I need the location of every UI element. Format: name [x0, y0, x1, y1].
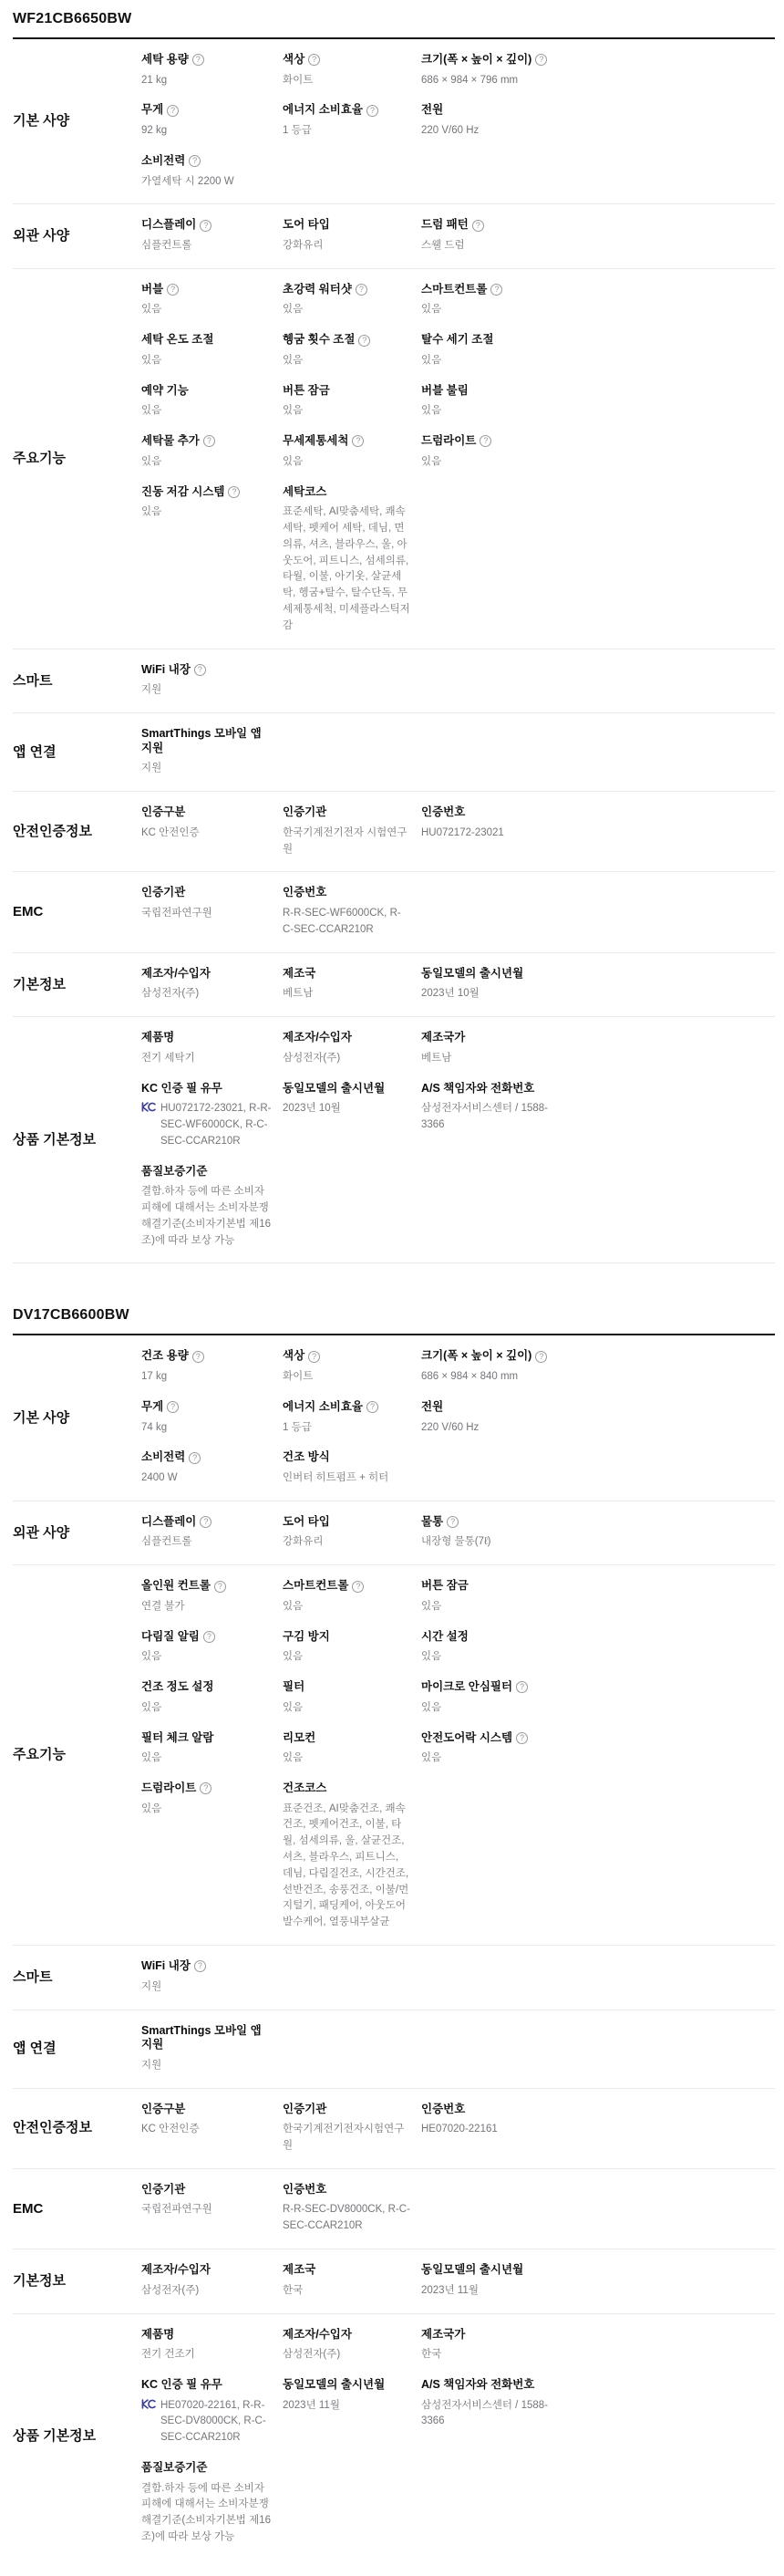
info-tooltip-icon[interactable]: ? — [472, 220, 484, 232]
spec-item-label: 필터 — [283, 1680, 410, 1695]
spec-item-label: 인증기관 — [141, 886, 272, 900]
spec-item-value: 심플컨트롤 — [141, 238, 272, 254]
info-tooltip-icon[interactable]: ? — [194, 1960, 206, 1972]
spec-item: 구김 방지있음 — [283, 1630, 421, 1666]
section-name: 스마트 — [13, 672, 141, 691]
spec-item-label: 예약 기능 — [141, 384, 272, 399]
spec-item: KC 인증 필 유무HU072172-23021, R-R-SEC-WF6000… — [141, 1082, 283, 1150]
spec-item-value: 있음 — [421, 1750, 563, 1767]
spec-label-text: 동일모델의 출시년월 — [421, 967, 523, 982]
spec-item-label: 시간 설정 — [421, 1630, 563, 1645]
spec-label-text: 동일모델의 출시년월 — [283, 1082, 385, 1096]
spec-item-label: A/S 책임자와 전화번호 — [421, 2378, 563, 2393]
kc-certification-icon — [141, 1102, 156, 1112]
spec-label-text: 에너지 소비효율 — [283, 1400, 363, 1415]
spec-item-value: 삼성전자(주) — [141, 986, 272, 1002]
spec-label-text: 무세제통세척 — [283, 434, 348, 449]
spec-item-value: KC 안전인증 — [141, 826, 272, 842]
spec-item-label: 건조 방식 — [283, 1450, 410, 1465]
spec-item-label: 크기(폭 × 높이 × 깊이)? — [421, 53, 563, 68]
spec-item-value: 삼성전자(주) — [141, 2283, 272, 2300]
spec-item-value: 스웰 드럼 — [421, 238, 563, 254]
spec-label-text: 색상 — [283, 1349, 304, 1364]
spec-item-label: 에너지 소비효율? — [283, 103, 410, 118]
spec-label-text: 품질보증기준 — [141, 1165, 207, 1179]
spec-item-value: 한국기계전기전자 시험연구원 — [283, 826, 410, 858]
spec-item-label: 인증번호 — [283, 2183, 410, 2197]
spec-item: 필터 체크 알람있음 — [141, 1731, 283, 1767]
info-tooltip-icon[interactable]: ? — [366, 1401, 378, 1413]
spec-label-text: 인증기관 — [283, 805, 326, 820]
spec-section: 안전인증정보인증구분KC 안전인증인증기관한국기계전기전자시험연구원인증번호HE… — [13, 2089, 775, 2169]
spec-item: 소비전력?2400 W — [141, 1450, 283, 1486]
product-model-title: WF21CB6650BW — [13, 5, 775, 39]
spec-item-value: 2023년 11월 — [421, 2283, 563, 2300]
section-name: 안전인증정보 — [13, 823, 141, 841]
spec-item-label: 크기(폭 × 높이 × 깊이)? — [421, 1349, 563, 1364]
spec-item-value: 2023년 11월 — [283, 2398, 410, 2415]
spec-item-label: 동일모델의 출시년월 — [283, 2378, 410, 2393]
spec-item: 초강력 워터샷?있음 — [283, 283, 421, 318]
spec-item-label: SmartThings 모바일 앱 지원 — [141, 2024, 272, 2052]
spec-item: 리모컨있음 — [283, 1731, 421, 1767]
spec-item-value: 있음 — [141, 1700, 272, 1717]
info-tooltip-icon[interactable]: ? — [192, 54, 204, 66]
spec-item-label: 인증번호 — [283, 886, 410, 900]
spec-item: 진동 저감 시스템?있음 — [141, 485, 283, 521]
spec-item: 제조자/수입자삼성전자(주) — [283, 1031, 421, 1066]
info-tooltip-icon[interactable]: ? — [200, 1516, 211, 1528]
spec-item-label: 제조자/수입자 — [141, 967, 272, 982]
spec-item-value: 있음 — [141, 454, 272, 471]
spec-item-label: 인증기관 — [283, 805, 410, 820]
info-tooltip-icon[interactable]: ? — [203, 1631, 215, 1643]
kc-certification-icon — [141, 2399, 156, 2409]
info-tooltip-icon[interactable]: ? — [167, 1401, 179, 1413]
spec-label-text: 버블 — [141, 283, 163, 297]
spec-label-text: KC 인증 필 유무 — [141, 1082, 222, 1096]
spec-item-value: 베트남 — [283, 986, 410, 1002]
info-tooltip-icon[interactable]: ? — [194, 664, 206, 676]
spec-item-label: 올인원 컨트롤? — [141, 1579, 272, 1594]
spec-item-label: 버튼 잠금 — [421, 1579, 563, 1594]
spec-item: 스마트컨트롤?있음 — [283, 1579, 421, 1615]
info-tooltip-icon[interactable]: ? — [192, 1351, 204, 1363]
spec-item-value: 있음 — [283, 1649, 410, 1666]
spec-grid: SmartThings 모바일 앱 지원지원 — [141, 2024, 775, 2074]
info-tooltip-icon[interactable]: ? — [167, 284, 179, 296]
spec-item-label: 인증구분 — [141, 805, 272, 820]
spec-item-value: 국립전파연구원 — [141, 2202, 272, 2218]
spec-item-label: 건조코스 — [283, 1781, 410, 1796]
info-tooltip-icon[interactable]: ? — [167, 105, 179, 117]
spec-label-text: 소비전력 — [141, 1450, 185, 1465]
info-tooltip-icon[interactable]: ? — [516, 1681, 528, 1693]
spec-item-value: 있음 — [283, 1750, 410, 1767]
spec-item-label: 건조 정도 설정 — [141, 1680, 272, 1695]
info-tooltip-icon[interactable]: ? — [203, 435, 215, 447]
section-name: 기본정보 — [13, 976, 141, 994]
spec-item-value: 한국기계전기전자시험연구원 — [283, 2122, 410, 2155]
spec-item-label: 드럼 패턴? — [421, 218, 563, 233]
spec-grid: 디스플레이?심플컨트롤도어 타입강화유리드럼 패턴?스웰 드럼 — [141, 218, 775, 254]
spec-item: 인증구분KC 안전인증 — [141, 805, 283, 841]
spec-item: WiFi 내장?지원 — [141, 1959, 283, 1995]
spec-item-label: 제조국 — [283, 967, 410, 982]
spec-label-text: 마이크로 안심필터 — [421, 1680, 512, 1695]
spec-item-label: KC 인증 필 유무 — [141, 1082, 272, 1096]
kc-certification-numbers: HU072172-23021, R-R-SEC-WF6000CK, R-C-SE… — [160, 1101, 272, 1149]
spec-grid: 제품명전기 세탁기제조자/수입자삼성전자(주)제조국가베트남KC 인증 필 유무… — [141, 1031, 775, 1249]
spec-item-label: 인증기관 — [283, 2103, 410, 2117]
info-tooltip-icon[interactable]: ? — [200, 1782, 211, 1794]
spec-item: 인증기관한국기계전기전자시험연구원 — [283, 2103, 421, 2155]
spec-section: 상품 기본정보제품명전기 건조기제조자/수입자삼성전자(주)제조국가한국KC 인… — [13, 2314, 775, 2560]
spec-grid: 건조 용량?17 kg색상?화이트크기(폭 × 높이 × 깊이)?686 × 9… — [141, 1349, 775, 1486]
info-tooltip-icon[interactable]: ? — [358, 335, 370, 347]
section-name: EMC — [13, 2200, 141, 2218]
spec-grid: WiFi 내장?지원 — [141, 1959, 775, 1995]
spec-item-value: 결함.하자 등에 따른 소비자피해에 대해서는 소비자분쟁해결기준(소비자기본법… — [141, 2481, 272, 2546]
spec-section: 상품 기본정보제품명전기 세탁기제조자/수입자삼성전자(주)제조국가베트남KC … — [13, 1017, 775, 1263]
spec-section: 외관 사양디스플레이?심플컨트롤도어 타입강화유리물통?내장형 물통(7ℓ) — [13, 1501, 775, 1565]
spec-item-label: 스마트컨트롤? — [421, 283, 563, 297]
spec-item-label: 동일모델의 출시년월 — [283, 1082, 410, 1096]
spec-item: 에너지 소비효율?1 등급 — [283, 1400, 421, 1436]
spec-label-text: 올인원 컨트롤 — [141, 1579, 211, 1594]
spec-item-label: 제조자/수입자 — [283, 2328, 410, 2342]
spec-item-value: 한국 — [283, 2283, 410, 2300]
info-tooltip-icon[interactable]: ? — [490, 284, 502, 296]
spec-item-label: 초강력 워터샷? — [283, 283, 410, 297]
spec-item-value: 있음 — [283, 302, 410, 318]
spec-item-value: 92 kg — [141, 123, 272, 140]
spec-label-text: 인증기관 — [283, 2103, 326, 2117]
spec-item: 인증번호HU072172-23021 — [421, 805, 574, 841]
spec-item-label: 색상? — [283, 53, 410, 68]
spec-item-value: KC 안전인증 — [141, 2122, 272, 2138]
spec-item-label: 탈수 세기 조절 — [421, 333, 563, 348]
spec-label-text: 전원 — [421, 103, 443, 118]
info-tooltip-icon[interactable]: ? — [200, 220, 211, 232]
spec-item: 제조자/수입자삼성전자(주) — [141, 967, 283, 1002]
spec-item: 크기(폭 × 높이 × 깊이)?686 × 984 × 796 mm — [421, 53, 574, 88]
spec-label-text: 제품명 — [141, 2328, 174, 2342]
spec-item: 동일모델의 출시년월2023년 11월 — [421, 2263, 574, 2299]
section-name: 기본 사양 — [13, 112, 141, 130]
spec-item-value: 있음 — [283, 1700, 410, 1717]
spec-item-value: 인버터 히트펌프 + 히터 — [283, 1470, 410, 1487]
info-tooltip-icon[interactable]: ? — [308, 1351, 320, 1363]
spec-item-value: 2023년 10월 — [421, 986, 563, 1002]
info-tooltip-icon[interactable]: ? — [356, 284, 367, 296]
spec-label-text: 건조 방식 — [283, 1450, 330, 1465]
spec-item-label: 디스플레이? — [141, 1515, 272, 1530]
section-name: 외관 사양 — [13, 227, 141, 245]
spec-item-label: 인증구분 — [141, 2103, 272, 2117]
spec-item-value: 심플컨트롤 — [141, 1534, 272, 1551]
spec-item-label: 다림질 알림? — [141, 1630, 272, 1645]
spec-item-value: 있음 — [141, 353, 272, 369]
spec-grid: SmartThings 모바일 앱 지원지원 — [141, 727, 775, 777]
spec-section: EMC인증기관국립전파연구원인증번호R-R-SEC-WF6000CK, R-C-… — [13, 872, 775, 952]
spec-item-value: 전기 세탁기 — [141, 1051, 272, 1067]
spec-label-text: 인증번호 — [283, 2183, 326, 2197]
product-model-title: DV17CB6600BW — [13, 1302, 775, 1335]
spec-item-value: 있음 — [141, 1750, 272, 1767]
spec-item-value: 21 kg — [141, 73, 272, 89]
spec-label-text: A/S 책임자와 전화번호 — [421, 1082, 534, 1096]
spec-item-label: 품질보증기준 — [141, 2461, 272, 2476]
spec-item-value: HE07020-22161, R-R-SEC-DV8000CK, R-C-SEC… — [141, 2398, 272, 2446]
info-tooltip-icon[interactable]: ? — [366, 105, 378, 117]
section-name: 상품 기본정보 — [13, 1131, 141, 1149]
spec-item: 건조코스표준건조, AI맞춤건조, 쾌속건조, 펫케어건조, 이불, 타월, 섬… — [283, 1781, 421, 1931]
spec-item-label: 버튼 잠금 — [283, 384, 410, 399]
spec-item: 에너지 소비효율?1 등급 — [283, 103, 421, 139]
spec-item: 안전도어락 시스템?있음 — [421, 1731, 574, 1767]
spec-label-text: 물통 — [421, 1515, 443, 1530]
spec-item-label: 진동 저감 시스템? — [141, 485, 272, 500]
spec-section: EMC인증기관국립전파연구원인증번호R-R-SEC-DV8000CK, R-C-… — [13, 2169, 775, 2249]
spec-item-value: 있음 — [141, 1649, 272, 1666]
spec-item-value: HU072172-23021 — [421, 826, 563, 842]
spec-label-text: 제조국가 — [421, 2328, 465, 2342]
spec-label-text: 인증구분 — [141, 805, 185, 820]
spec-item: 헹굼 횟수 조절?있음 — [283, 333, 421, 369]
spec-grid: 인증기관국립전파연구원인증번호R-R-SEC-DV8000CK, R-C-SEC… — [141, 2183, 775, 2235]
spec-label-text: 초강력 워터샷 — [283, 283, 352, 297]
spec-item-label: 제조국가 — [421, 1031, 563, 1045]
spec-item-value: 있음 — [141, 504, 272, 521]
spec-item: 세탁코스표준세탁, AI맞춤세탁, 쾌속세탁, 펫케어 세탁, 데님, 면의류,… — [283, 485, 421, 635]
spec-label-text: 인증기관 — [141, 2183, 185, 2197]
spec-label-text: 버튼 잠금 — [421, 1579, 469, 1594]
spec-item-value: 강화유리 — [283, 1534, 410, 1551]
spec-item: 도어 타입강화유리 — [283, 218, 421, 254]
info-tooltip-icon[interactable]: ? — [352, 1581, 364, 1593]
spec-label-text: 크기(폭 × 높이 × 깊이) — [421, 53, 531, 68]
spec-item: 디스플레이?심플컨트롤 — [141, 218, 283, 254]
spec-item-value: 있음 — [283, 403, 410, 420]
spec-item-value: 17 kg — [141, 1369, 272, 1386]
spec-label-text: 제조국가 — [421, 1031, 465, 1045]
spec-label-text: 세탁 용량 — [141, 53, 189, 68]
spec-label-text: 디스플레이 — [141, 218, 196, 233]
info-tooltip-icon[interactable]: ? — [535, 54, 547, 66]
info-tooltip-icon[interactable]: ? — [480, 435, 491, 447]
spec-item: 색상?화이트 — [283, 53, 421, 88]
spec-item: 버블 불림있음 — [421, 384, 574, 420]
spec-label-text: 필터 — [283, 1680, 304, 1695]
info-tooltip-icon[interactable]: ? — [214, 1581, 226, 1593]
spec-item: 제조자/수입자삼성전자(주) — [141, 2263, 283, 2299]
spec-item-label: 구김 방지 — [283, 1630, 410, 1645]
spec-item: 동일모델의 출시년월2023년 11월 — [283, 2378, 421, 2414]
spec-section: 스마트WiFi 내장?지원 — [13, 1946, 775, 2010]
spec-item-label: 무게? — [141, 103, 272, 118]
spec-label-text: 에너지 소비효율 — [283, 103, 363, 118]
spec-item: 버튼 잠금있음 — [283, 384, 421, 420]
spec-section: 기본정보제조자/수입자삼성전자(주)제조국한국동일모델의 출시년월2023년 1… — [13, 2249, 775, 2313]
spec-label-text: SmartThings 모바일 앱 지원 — [141, 2024, 272, 2052]
spec-item: 물통?내장형 물통(7ℓ) — [421, 1515, 574, 1551]
spec-item-label: 도어 타입 — [283, 1515, 410, 1530]
spec-item-label: 소비전력? — [141, 154, 272, 169]
spec-item-label: 제조자/수입자 — [141, 2263, 272, 2278]
section-name: 기본정보 — [13, 2272, 141, 2290]
spec-item-value: 있음 — [283, 1599, 410, 1615]
spec-item-value: HE07020-22161 — [421, 2122, 563, 2138]
spec-label-text: 제조국 — [283, 967, 315, 982]
spec-item: 색상?화이트 — [283, 1349, 421, 1385]
spec-item-value: 686 × 984 × 840 mm — [421, 1369, 563, 1386]
spec-label-text: 품질보증기준 — [141, 2461, 207, 2476]
spec-item: 무게?92 kg — [141, 103, 283, 139]
spec-label-text: 소비전력 — [141, 154, 185, 169]
spec-item: 제조국베트남 — [283, 967, 421, 1002]
section-name: 외관 사양 — [13, 1524, 141, 1542]
spec-item-value: 강화유리 — [283, 238, 410, 254]
spec-item-value: 있음 — [421, 1649, 563, 1666]
spec-label-text: 세탁 온도 조절 — [141, 333, 213, 348]
spec-item: KC 인증 필 유무HE07020-22161, R-R-SEC-DV8000C… — [141, 2378, 283, 2446]
spec-item-label: 제품명 — [141, 1031, 272, 1045]
spec-grid: 제조자/수입자삼성전자(주)제조국베트남동일모델의 출시년월2023년 10월 — [141, 967, 775, 1002]
spec-label-text: 인증번호 — [283, 886, 326, 900]
spec-item-value: 화이트 — [283, 73, 410, 89]
spec-item-value: 지원 — [141, 1979, 272, 1996]
spec-label-text: 인증기관 — [141, 886, 185, 900]
info-tooltip-icon[interactable]: ? — [447, 1516, 459, 1528]
spec-item-label: 안전도어락 시스템? — [421, 1731, 563, 1746]
spec-item-label: 버블? — [141, 283, 272, 297]
spec-item-value: 있음 — [421, 454, 563, 471]
section-name: EMC — [13, 903, 141, 921]
spec-item-label: 전원 — [421, 1400, 563, 1415]
info-tooltip-icon[interactable]: ? — [189, 1452, 201, 1464]
spec-item-label: 리모컨 — [283, 1731, 410, 1746]
spec-item: 제품명전기 세탁기 — [141, 1031, 283, 1066]
spec-label-text: 리모컨 — [283, 1731, 315, 1746]
info-tooltip-icon[interactable]: ? — [352, 435, 364, 447]
spec-item: SmartThings 모바일 앱 지원지원 — [141, 2024, 283, 2074]
info-tooltip-icon[interactable]: ? — [535, 1351, 547, 1363]
spec-item-label: WiFi 내장? — [141, 1959, 272, 1974]
spec-label-text: 디스플레이 — [141, 1515, 196, 1530]
spec-item-value: 1 등급 — [283, 123, 410, 140]
spec-grid: 인증기관국립전파연구원인증번호R-R-SEC-WF6000CK, R-C-SEC… — [141, 886, 775, 938]
spec-item-label: 드럼라이트? — [421, 434, 563, 449]
spec-item-label: 제조자/수입자 — [283, 1031, 410, 1045]
spec-label-text: 버튼 잠금 — [283, 384, 330, 399]
spec-item-value: 전기 건조기 — [141, 2347, 272, 2363]
spec-label-text: 건조코스 — [283, 1781, 326, 1796]
spec-item-value: 지원 — [141, 682, 272, 699]
spec-item-label: 소비전력? — [141, 1450, 272, 1465]
spec-item-label: 물통? — [421, 1515, 563, 1530]
kc-certification-numbers: HE07020-22161, R-R-SEC-DV8000CK, R-C-SEC… — [160, 2398, 272, 2446]
spec-label-text: 필터 체크 알람 — [141, 1731, 213, 1746]
spec-label-text: 스마트컨트롤 — [421, 283, 487, 297]
spec-item-value: 국립전파연구원 — [141, 906, 272, 922]
spec-label-text: 도어 타입 — [283, 218, 330, 233]
spec-label-text: 탈수 세기 조절 — [421, 333, 493, 348]
spec-item: 품질보증기준결함.하자 등에 따른 소비자피해에 대해서는 소비자분쟁해결기준(… — [141, 1165, 283, 1250]
spec-label-text: 다림질 알림 — [141, 1630, 200, 1645]
spec-item: 인증기관국립전파연구원 — [141, 2183, 283, 2218]
spec-label-text: 건조 용량 — [141, 1349, 189, 1364]
spec-section: 기본 사양세탁 용량?21 kg색상?화이트크기(폭 × 높이 × 깊이)?68… — [13, 39, 775, 204]
section-name: 주요기능 — [13, 1746, 141, 1764]
spec-label-text: 제조국 — [283, 2263, 315, 2278]
spec-item-value: 있음 — [421, 302, 563, 318]
spec-page: WF21CB6650BW기본 사양세탁 용량?21 kg색상?화이트크기(폭 ×… — [0, 0, 784, 2576]
info-tooltip-icon[interactable]: ? — [189, 155, 201, 167]
section-name: 주요기능 — [13, 450, 141, 468]
spec-label-text: 드럼라이트 — [141, 1781, 196, 1796]
info-tooltip-icon[interactable]: ? — [228, 486, 240, 498]
spec-grid: 디스플레이?심플컨트롤도어 타입강화유리물통?내장형 물통(7ℓ) — [141, 1515, 775, 1551]
spec-section: 주요기능버블?있음초강력 워터샷?있음스마트컨트롤?있음세탁 온도 조절있음헹굼… — [13, 269, 775, 649]
spec-item: 제조국한국 — [283, 2263, 421, 2299]
spec-item-label: 인증기관 — [141, 2183, 272, 2197]
spec-item-value: 220 V/60 Hz — [421, 1420, 563, 1437]
spec-item-label: 드럼라이트? — [141, 1781, 272, 1796]
spec-item-label: 제품명 — [141, 2328, 272, 2342]
spec-label-text: 세탁코스 — [283, 485, 326, 500]
spec-section: 안전인증정보인증구분KC 안전인증인증기관한국기계전기전자 시험연구원인증번호H… — [13, 792, 775, 872]
spec-label-text: 동일모델의 출시년월 — [421, 2263, 523, 2278]
spec-item: 전원220 V/60 Hz — [421, 1400, 574, 1436]
spec-item-label: 품질보증기준 — [141, 1165, 272, 1179]
info-tooltip-icon[interactable]: ? — [308, 54, 320, 66]
spec-item: 건조 방식인버터 히트펌프 + 히터 — [283, 1450, 421, 1486]
spec-item: 크기(폭 × 높이 × 깊이)?686 × 984 × 840 mm — [421, 1349, 574, 1385]
section-name: 안전인증정보 — [13, 2119, 141, 2137]
spec-label-text: 도어 타입 — [283, 1515, 330, 1530]
spec-item: 품질보증기준결함.하자 등에 따른 소비자피해에 대해서는 소비자분쟁해결기준(… — [141, 2461, 283, 2546]
spec-label-text: 제조자/수입자 — [283, 2328, 352, 2342]
spec-grid: WiFi 내장?지원 — [141, 663, 775, 699]
spec-item-value: 있음 — [283, 454, 410, 471]
spec-item: 제조자/수입자삼성전자(주) — [283, 2328, 421, 2363]
spec-item: 드럼라이트?있음 — [141, 1781, 283, 1817]
spec-label-text: 동일모델의 출시년월 — [283, 2378, 385, 2393]
spec-item-value: 2400 W — [141, 1470, 272, 1487]
spec-label-text: WiFi 내장 — [141, 663, 191, 678]
section-name: 스마트 — [13, 1968, 141, 1987]
spec-label-text: WiFi 내장 — [141, 1959, 191, 1974]
spec-item: 세탁 온도 조절있음 — [141, 333, 283, 369]
spec-item-label: 건조 용량? — [141, 1349, 272, 1364]
spec-item: 인증구분KC 안전인증 — [141, 2103, 283, 2138]
spec-section: 앱 연결SmartThings 모바일 앱 지원지원 — [13, 2010, 775, 2089]
spec-item: 제품명전기 건조기 — [141, 2328, 283, 2363]
spec-label-text: 전원 — [421, 1400, 443, 1415]
spec-item: 올인원 컨트롤?연결 불가 — [141, 1579, 283, 1615]
spec-section: 앱 연결SmartThings 모바일 앱 지원지원 — [13, 713, 775, 792]
spec-item-label: 인증번호 — [421, 805, 563, 820]
spec-item-label: 무세제통세척? — [283, 434, 410, 449]
spec-section: 기본 사양건조 용량?17 kg색상?화이트크기(폭 × 높이 × 깊이)?68… — [13, 1335, 775, 1501]
spec-label-text: 스마트컨트롤 — [283, 1579, 348, 1594]
info-tooltip-icon[interactable]: ? — [516, 1732, 528, 1744]
spec-item-value: 220 V/60 Hz — [421, 123, 563, 140]
spec-item-value: 삼성전자(주) — [283, 1051, 410, 1067]
spec-item-value: 연결 불가 — [141, 1599, 272, 1615]
spec-item: 버블?있음 — [141, 283, 283, 318]
